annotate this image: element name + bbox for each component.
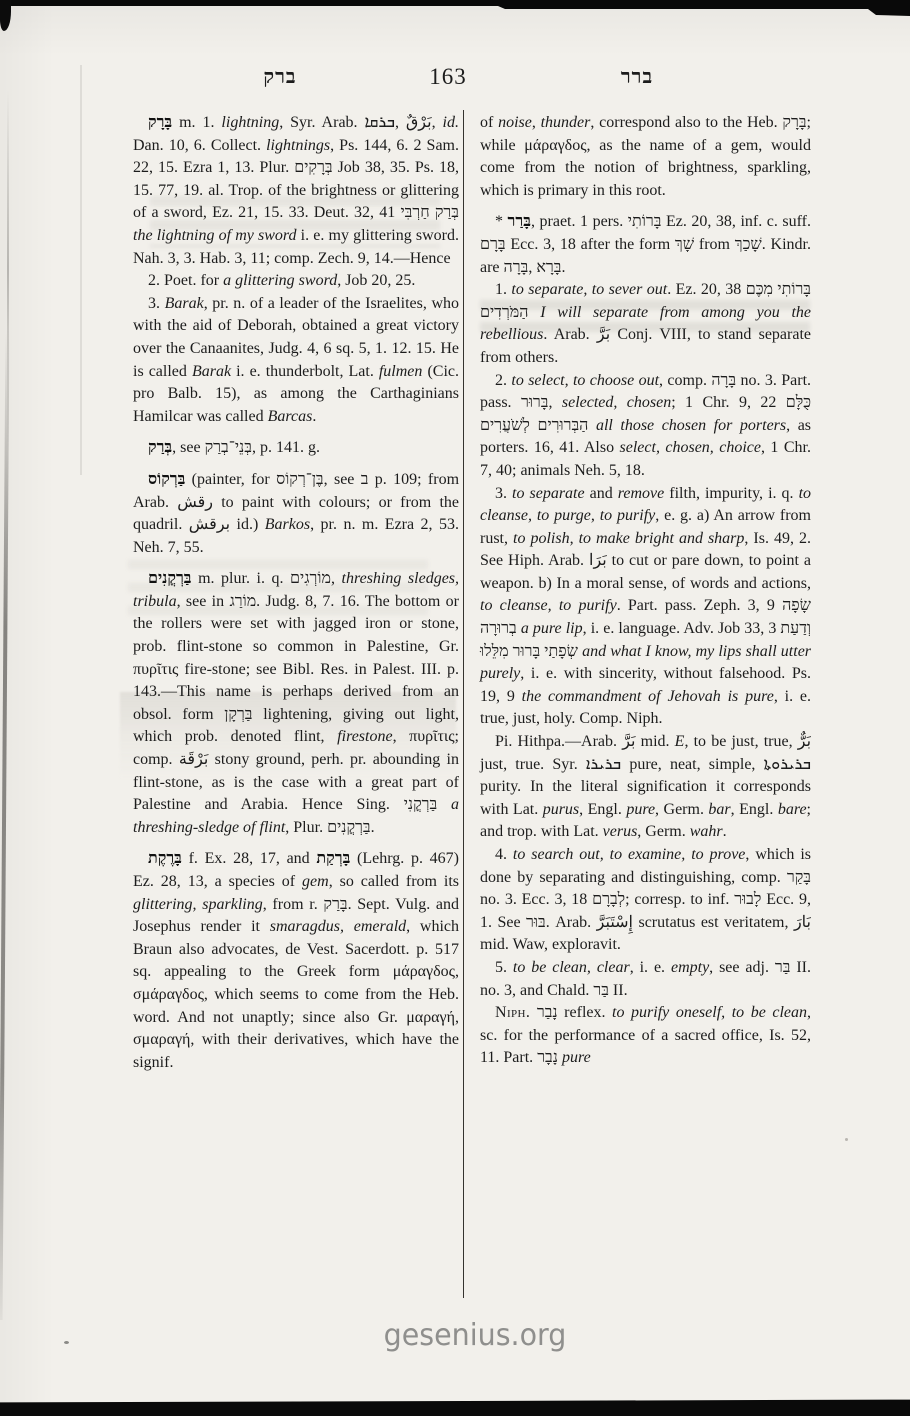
paragraph: בָּרֶקֶת f. Ex. 28, 17, and בָּרְקַת (Le… bbox=[133, 848, 459, 1074]
page-number: 163 bbox=[398, 64, 498, 90]
watermark: gesenius.org bbox=[24, 1318, 910, 1353]
scan-crease bbox=[80, 65, 82, 475]
scan-edge-top bbox=[0, 0, 910, 16]
paragraph: 2. Poet. for a glittering sword, Job 20,… bbox=[133, 270, 459, 293]
scan-artifact-top-left-corner bbox=[0, 0, 11, 31]
scan-dust-speck bbox=[64, 1341, 69, 1344]
paragraph: 4. to search out, to examine, to prove, … bbox=[480, 844, 811, 957]
paragraph: 3. to separate and remove filth, impurit… bbox=[480, 483, 811, 732]
paragraph: בְּרַק, see בְּנֵי־בְרַק, p. 141. g. bbox=[133, 437, 459, 460]
scanned-lexicon-page: ברק 163 ברר בָּרָק m. 1. lightning, Syr.… bbox=[0, 0, 910, 1416]
paragraph: 3. Barak, pr. n. of a leader of the Isra… bbox=[133, 293, 459, 429]
paragraph: of noise, thunder, correspond also to th… bbox=[480, 112, 811, 202]
column-divider-rule bbox=[463, 110, 464, 1298]
scan-artifact-left-edge-line-faint bbox=[7, 90, 9, 450]
paragraph: * בָּרַר, praet. 1 pers. בָּרוֹתִי Ez. 2… bbox=[480, 211, 811, 279]
header-catchword-left: ברק bbox=[220, 66, 340, 89]
paragraph: 1. to separate, to sever out. Ez. 20, 38… bbox=[480, 279, 811, 369]
header-catchword-right: ברר bbox=[577, 66, 697, 89]
paragraph: בַּרְקוֹס (painter, for בֶּן־רְקוֹס, see… bbox=[133, 469, 459, 559]
scan-dust-speck bbox=[845, 1138, 848, 1141]
left-column: בָּרָק m. 1. lightning, Syr. Arab. ܒܪܩܐ,… bbox=[133, 112, 459, 1308]
paragraph: Pi. Hithpa.—Arab. بَرَّ mid. E, to be ju… bbox=[480, 731, 811, 844]
paragraph: בַּרְקֳנִים m. plur. i. q. מוֹרְגִים, th… bbox=[133, 568, 459, 839]
scan-artifact-left-edge-line bbox=[0, 330, 9, 1320]
paragraph: 5. to be clean, clear, i. e. empty, see … bbox=[480, 957, 811, 1002]
paragraph: Niph. נָבַר reflex. to purify oneself, t… bbox=[480, 1002, 811, 1070]
text-columns: בָּרָק m. 1. lightning, Syr. Arab. ܒܪܩܐ,… bbox=[133, 112, 811, 1308]
right-column: of noise, thunder, correspond also to th… bbox=[480, 112, 811, 1308]
paragraph: 2. to select, to choose out, comp. בָּרָ… bbox=[480, 370, 811, 483]
scan-edge-bottom bbox=[0, 1400, 910, 1416]
paragraph: בָּרָק m. 1. lightning, Syr. Arab. ܒܪܩܐ,… bbox=[133, 112, 459, 270]
running-head: ברק 163 ברר bbox=[0, 64, 910, 94]
